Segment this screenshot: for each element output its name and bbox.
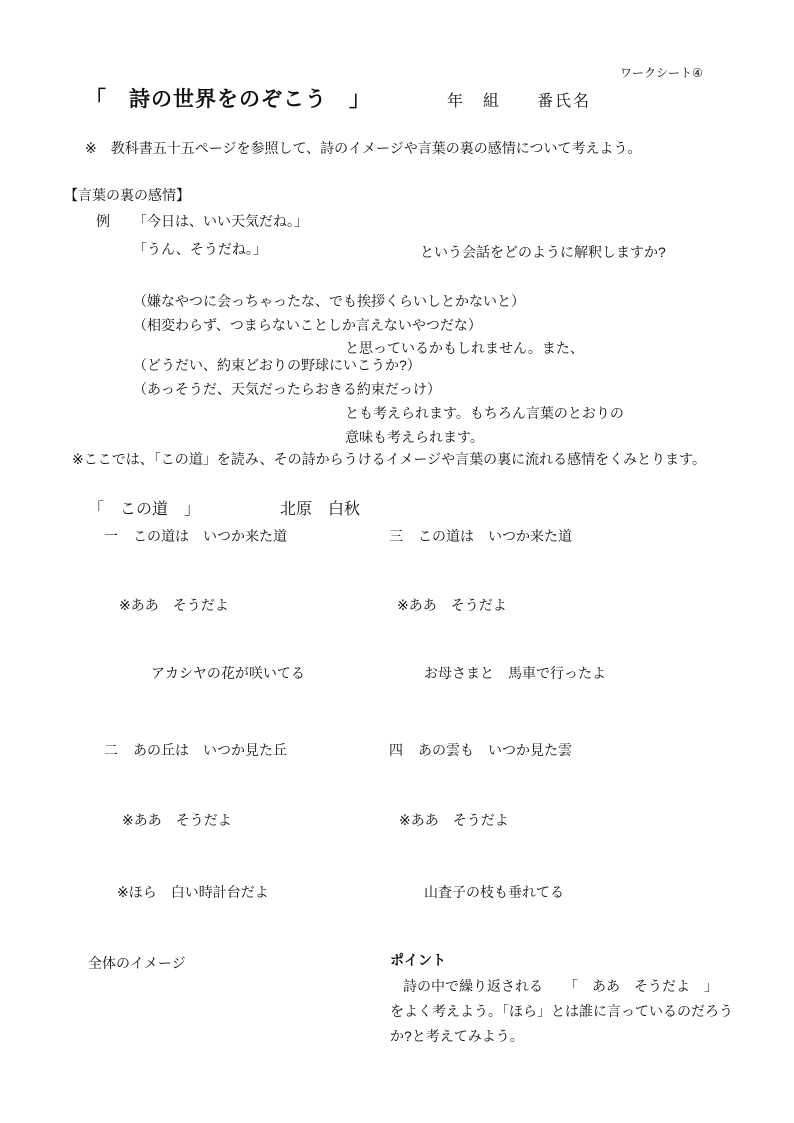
stanza-3: 三 この道は いつか来た道 [389, 528, 572, 545]
stanza-2-number: 二 [104, 742, 118, 759]
stanza-4-number: 四 [389, 742, 403, 759]
overall-image-label: 全体のイメージ [88, 955, 186, 972]
section-heading: 【言葉の裏の感情】 [64, 187, 190, 204]
stanza-2: 二 あの丘は いつか見た丘 [104, 742, 287, 759]
worksheet-page: ワークシート④ 「 詩の世界をのぞこう 」 年 組 番氏名 ※ 教科書五十五ペー… [0, 0, 794, 1123]
interpretation-note-1: と思っているかもしれません。また、 [345, 340, 584, 357]
stanza-1-line-1: この道は いつか来た道 [133, 528, 287, 545]
stanza-1-number: 一 [104, 528, 118, 545]
stanza-2-line-1: あの丘は いつか見た丘 [133, 742, 287, 759]
poem-title: 「 この道 」 [88, 500, 200, 519]
interpretation-2: （相変わらず、つまらないことしか言えないやつだな） [133, 317, 482, 334]
point-line-1: 詩の中で繰り返される 「 ああ そうだよ 」 [403, 978, 718, 995]
stanza-1-line-3: アカシヤの花が咲いてる [151, 665, 305, 682]
page-title: 「 詩の世界をのぞこう 」 [85, 87, 371, 112]
stanza-4: 四 あの雲も いつか見た雲 [389, 742, 572, 759]
dialogue-line-2: 「うん、そうだね。」 [133, 241, 267, 258]
stanza-4-line-3: 山査子の枝も垂れてる [424, 884, 564, 901]
interpretation-3: （どうだい、約束どおりの野球にいこうか?） [133, 357, 421, 374]
stanza-4-line-1: あの雲も いつか見た雲 [418, 742, 572, 759]
poem-author: 北原 白秋 [280, 500, 360, 519]
transition-line: ※ここでは、「この道」を読み、その詩からうけるイメージや言葉の裏に流れる感情をく… [72, 451, 706, 468]
point-line-3: か?と考えてみよう。 [390, 1028, 524, 1045]
stanza-1: 一 この道は いつか来た道 [104, 528, 287, 545]
stanza-3-line-1: この道は いつか来た道 [418, 528, 572, 545]
stanza-3-line-3: お母さまと 馬車で行ったよ [424, 665, 606, 682]
dialogue-line-1: 「今日は、いい天気だね。」 [133, 213, 308, 230]
instruction-line: ※ 教科書五十五ページを参照して、詩のイメージや言葉の裏の感情について考えよう。 [85, 140, 641, 157]
stanza-2-line-3: ※ほら 白い時計台だよ [117, 884, 269, 901]
stanza-1-refrain: ※ああ そうだよ [119, 597, 229, 614]
name-fields-label: 年 組 番氏名 [447, 92, 591, 111]
point-heading: ポイント [390, 952, 446, 969]
stanza-2-refrain: ※ああ そうだよ [122, 812, 232, 829]
dialogue-question: という会話をどのように解釈しますか? [420, 244, 666, 261]
interpretation-note-3: 意味も考えられます。 [345, 429, 484, 446]
interpretation-1: （嫌なやつに会っちゃったな、でも挨拶くらいしとかないと） [133, 293, 525, 310]
stanza-4-refrain: ※ああ そうだよ [399, 812, 509, 829]
sheet-number-label: ワークシート④ [620, 66, 703, 80]
interpretation-4: （あっそうだ、天気だったらおきる約束だっけ） [133, 381, 441, 398]
interpretation-note-2: とも考えられます。もちろん言葉のとおりの [345, 405, 624, 422]
example-label: 例 [96, 213, 110, 230]
stanza-3-refrain: ※ああ そうだよ [397, 597, 507, 614]
point-line-2: をよく考えよう。「ほら」とは誰に言っているのだろう [390, 1003, 733, 1020]
stanza-3-number: 三 [389, 528, 403, 545]
